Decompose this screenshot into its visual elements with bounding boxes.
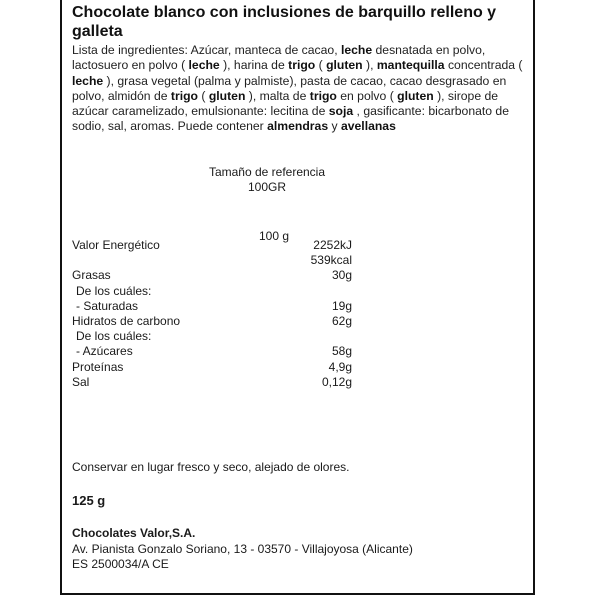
allergen: almendras [267,119,328,133]
nutrient-value: 4,9g [329,360,352,375]
ingredient-text: ( [315,58,326,72]
product-label: Chocolate blanco con inclusiones de barq… [60,0,535,595]
nutrient-name: Hidratos de carbono [72,314,180,329]
nutrition-row: Grasas30g [72,268,362,283]
nutrient-name: - Azúcares [76,344,133,359]
nutrition-row: 539kcal [72,253,362,268]
nutrient-value: 19g [332,299,352,314]
manufacturer-info: Chocolates Valor,S.A. Av. Pianista Gonza… [72,526,413,573]
manufacturer-address: Av. Pianista Gonzalo Soriano, 13 - 03570… [72,542,413,558]
nutrition-row: Sal0,12g [72,375,362,390]
allergen: leche [189,58,220,72]
nutrient-value: 58g [332,344,352,359]
nutrient-name: Valor Energético [72,238,160,253]
net-weight: 125 g [72,493,105,508]
nutrient-name: Proteínas [72,360,123,375]
nutrient-name: De los cuáles: [76,329,151,344]
reference-size-value: 100GR [202,180,332,195]
allergen: soja [329,104,353,118]
ingredient-text: ), harina de [220,58,288,72]
nutrient-name: De los cuáles: [76,284,151,299]
allergen: leche [341,43,372,57]
reference-size-header: Tamaño de referencia 100GR [202,165,332,195]
ingredient-text: concentrada ( [445,58,523,72]
nutrient-name: Sal [72,375,89,390]
ingredient-text: ), malta de [245,89,309,103]
ingredient-text: y [328,119,341,133]
ingredient-text: ), [363,58,377,72]
nutrition-row: Proteínas4,9g [72,360,362,375]
ingredient-text: en polvo ( [337,89,397,103]
nutrient-value: 539kcal [311,253,352,268]
nutrient-value: 62g [332,314,352,329]
nutrition-row: Valor Energético2252kJ [72,238,362,253]
nutrient-value: 30g [332,268,352,283]
ingredient-text: ( [198,89,209,103]
allergen: leche [72,74,103,88]
allergen: gluten [397,89,434,103]
nutrient-value: 0,12g [322,375,352,390]
nutrition-row: - Azúcares58g [72,344,362,359]
nutrition-row: - Saturadas19g [72,299,362,314]
nutrient-name: Grasas [72,268,111,283]
reference-size-label: Tamaño de referencia [202,165,332,180]
registry-number: ES 2500034/A CE [72,557,413,573]
nutrition-row: De los cuáles: [72,284,362,299]
ingredients-list: Lista de ingredientes: Azúcar, manteca d… [72,43,530,135]
allergen: trigo [288,58,315,72]
allergen: mantequilla [377,58,445,72]
storage-instructions: Conservar en lugar fresco y seco, alejad… [72,460,349,475]
allergen: trigo [171,89,198,103]
allergen: gluten [209,89,246,103]
product-title: Chocolate blanco con inclusiones de barq… [72,3,532,41]
allergen: gluten [326,58,363,72]
allergen: trigo [310,89,337,103]
nutrition-row: Hidratos de carbono62g [72,314,362,329]
nutrient-name: - Saturadas [76,299,138,314]
allergen: avellanas [341,119,396,133]
ingredient-text: Lista de ingredientes: Azúcar, manteca d… [72,43,341,57]
nutrient-value: 2252kJ [313,238,352,253]
nutrition-row: De los cuáles: [72,329,362,344]
manufacturer-name: Chocolates Valor,S.A. [72,526,413,542]
